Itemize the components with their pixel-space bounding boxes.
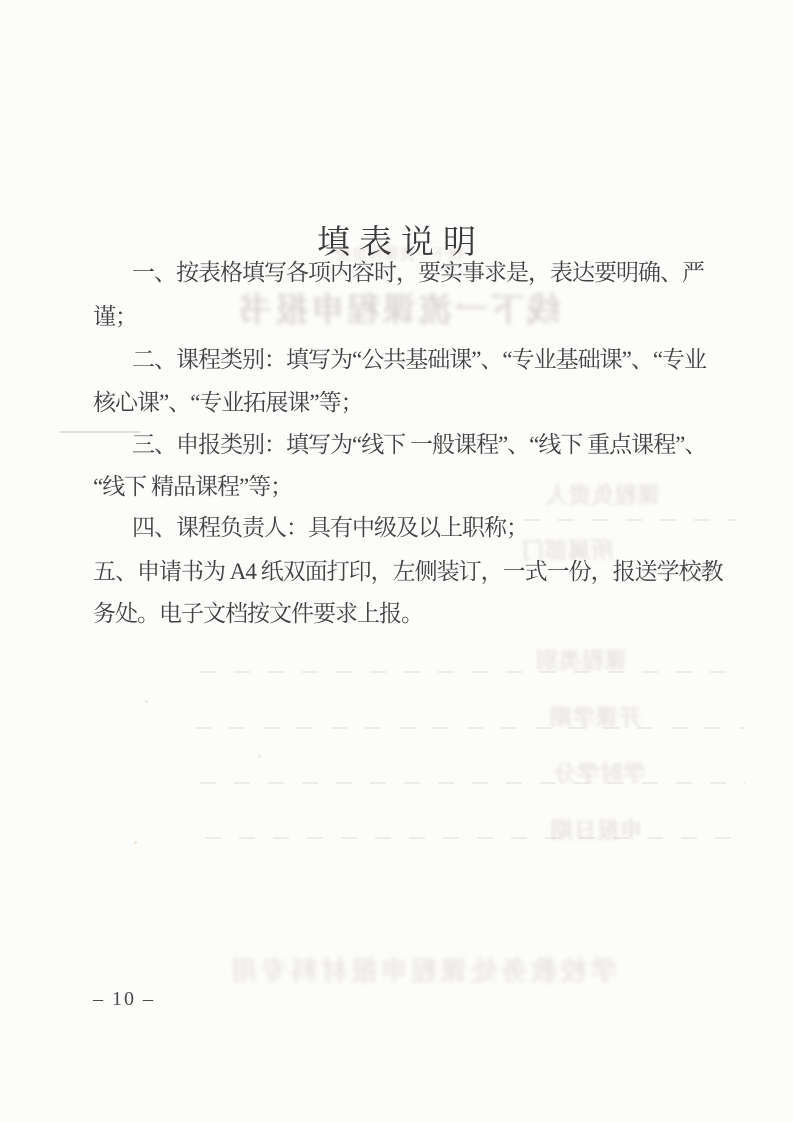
page-title: 填表说明 <box>0 216 793 263</box>
scan-speck <box>258 755 261 758</box>
bleedthrough-fragment: 申报日期 <box>550 814 642 845</box>
scan-artifact-line <box>200 671 745 673</box>
bleedthrough-fragment: 课程类别 <box>535 644 627 675</box>
scan-speck <box>145 700 148 703</box>
scan-artifact-line <box>205 837 745 839</box>
bleedthrough-fragment: 学时学分 <box>553 757 645 788</box>
scan-artifact-line <box>195 727 745 729</box>
bleedthrough-bottom-echo: 学校教务处课程申报材料专用 <box>227 951 617 988</box>
text-line: 谨； <box>93 303 753 331</box>
text-line: 一、按表格填写各项内容时，要实事求是，表达要明确、严 <box>93 259 792 287</box>
scan-speck <box>134 841 137 844</box>
scan-artifact-line <box>200 782 745 784</box>
text-line: 四、课程负责人：具有中级及以上职称； <box>93 514 792 542</box>
text-line: 二、课程类别：填写为“公共基础课”、“专业基础课”、“专业 <box>93 346 792 374</box>
text-line: 三、申报类别：填写为“线下 一般课程”、“线下 重点课程”、 <box>93 431 792 459</box>
page-number: – 10 – <box>93 988 155 1011</box>
text-line: 核心课”、“专业拓展课”等； <box>93 389 753 417</box>
text-line: 五、申请书为 A4 纸双面打印，左侧装订，一式一份，报送学校教 <box>93 558 753 586</box>
bleedthrough-fragment: 开课学期 <box>549 701 641 732</box>
scanned-page: 线下一流课程申报 线下一流课程申报书 课程负责人 所属部门 课程类别 开课学期 … <box>0 0 793 1122</box>
text-line: “线下 精品课程”等； <box>93 473 753 501</box>
text-line: 务处。电子文档按文件要求上报。 <box>93 600 753 628</box>
